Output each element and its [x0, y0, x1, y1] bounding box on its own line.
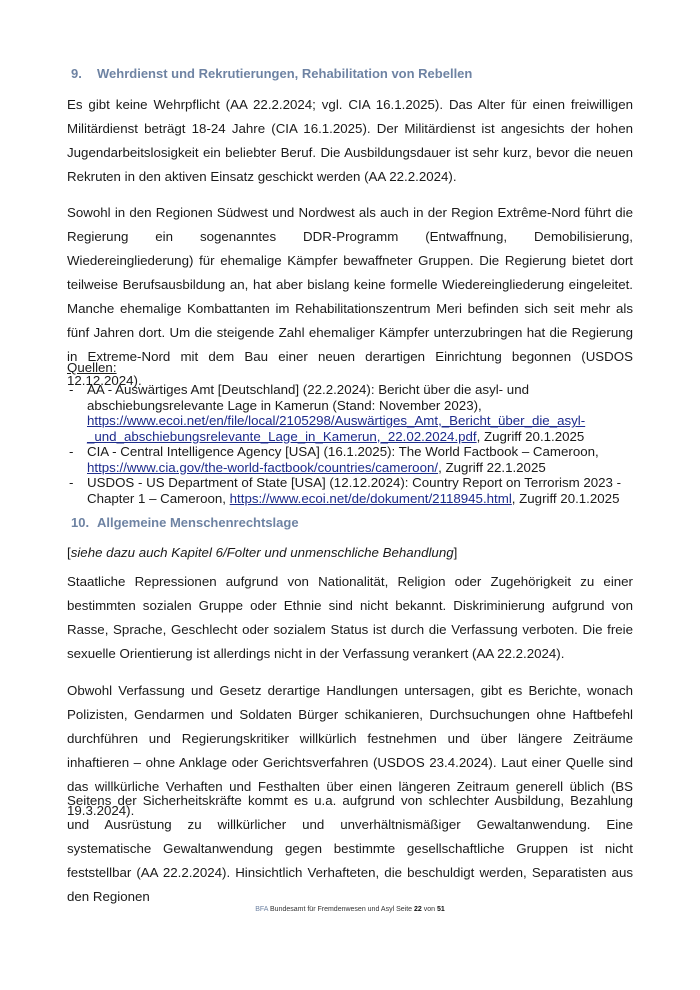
section-10-number: 10.	[71, 515, 97, 530]
chapter-reference-note: [siehe dazu auch Kapitel 6/Folter und un…	[67, 541, 633, 565]
source-access-date: , Zugriff 20.1.2025	[512, 491, 620, 506]
source-item: - CIA - Central Intelligence Agency [USA…	[67, 444, 633, 475]
source-text: CIA - Central Intelligence Agency [USA] …	[87, 444, 599, 459]
source-access-date: , Zugriff 20.1.2025	[477, 429, 585, 444]
source-link[interactable]: https://www.ecoi.net/de/dokument/2118945…	[230, 491, 512, 506]
section-9-number: 9.	[71, 66, 97, 81]
page-number: 22	[414, 906, 422, 913]
footer-of: von	[422, 906, 437, 913]
source-link[interactable]: https://www.cia.gov/the-world-factbook/c…	[87, 460, 438, 475]
bracket-close: ]	[454, 545, 458, 560]
page-footer: BFA Bundesamt für Fremdenwesen und Asyl …	[0, 906, 700, 913]
list-dash: -	[69, 475, 73, 491]
paragraph: Seitens der Sicherheitskräfte kommt es u…	[67, 789, 633, 909]
section-9-heading: 9.Wehrdienst und Rekrutierungen, Rehabil…	[71, 66, 472, 81]
source-text: AA - Auswärtiges Amt [Deutschland] (22.2…	[87, 382, 529, 413]
source-item: - AA - Auswärtiges Amt [Deutschland] (22…	[67, 382, 633, 444]
list-dash: -	[69, 444, 73, 460]
paragraph: Sowohl in den Regionen Südwest und Nordw…	[67, 201, 633, 393]
section-10-title: Allgemeine Menschenrechtslage	[97, 515, 299, 530]
section-9-title: Wehrdienst und Rekrutierungen, Rehabilit…	[97, 66, 472, 81]
list-dash: -	[69, 382, 73, 398]
source-access-date: , Zugriff 22.1.2025	[438, 460, 546, 475]
section-10-heading: 10.Allgemeine Menschenrechtslage	[71, 515, 299, 530]
source-item: - USDOS - US Department of State [USA] (…	[67, 475, 633, 506]
paragraph: Es gibt keine Wehrpflicht (AA 22.2.2024;…	[67, 93, 633, 189]
bfa-logo-text: BFA	[255, 906, 268, 913]
paragraph: Staatliche Repressionen aufgrund von Nat…	[67, 570, 633, 666]
page-total: 51	[437, 906, 445, 913]
chapter-reference-text: siehe dazu auch Kapitel 6/Folter und unm…	[71, 545, 454, 560]
sources-list: - AA - Auswärtiges Amt [Deutschland] (22…	[67, 382, 633, 506]
footer-org: Bundesamt für Fremdenwesen und Asyl Seit…	[268, 906, 414, 913]
sources-label: Quellen:	[67, 360, 117, 375]
